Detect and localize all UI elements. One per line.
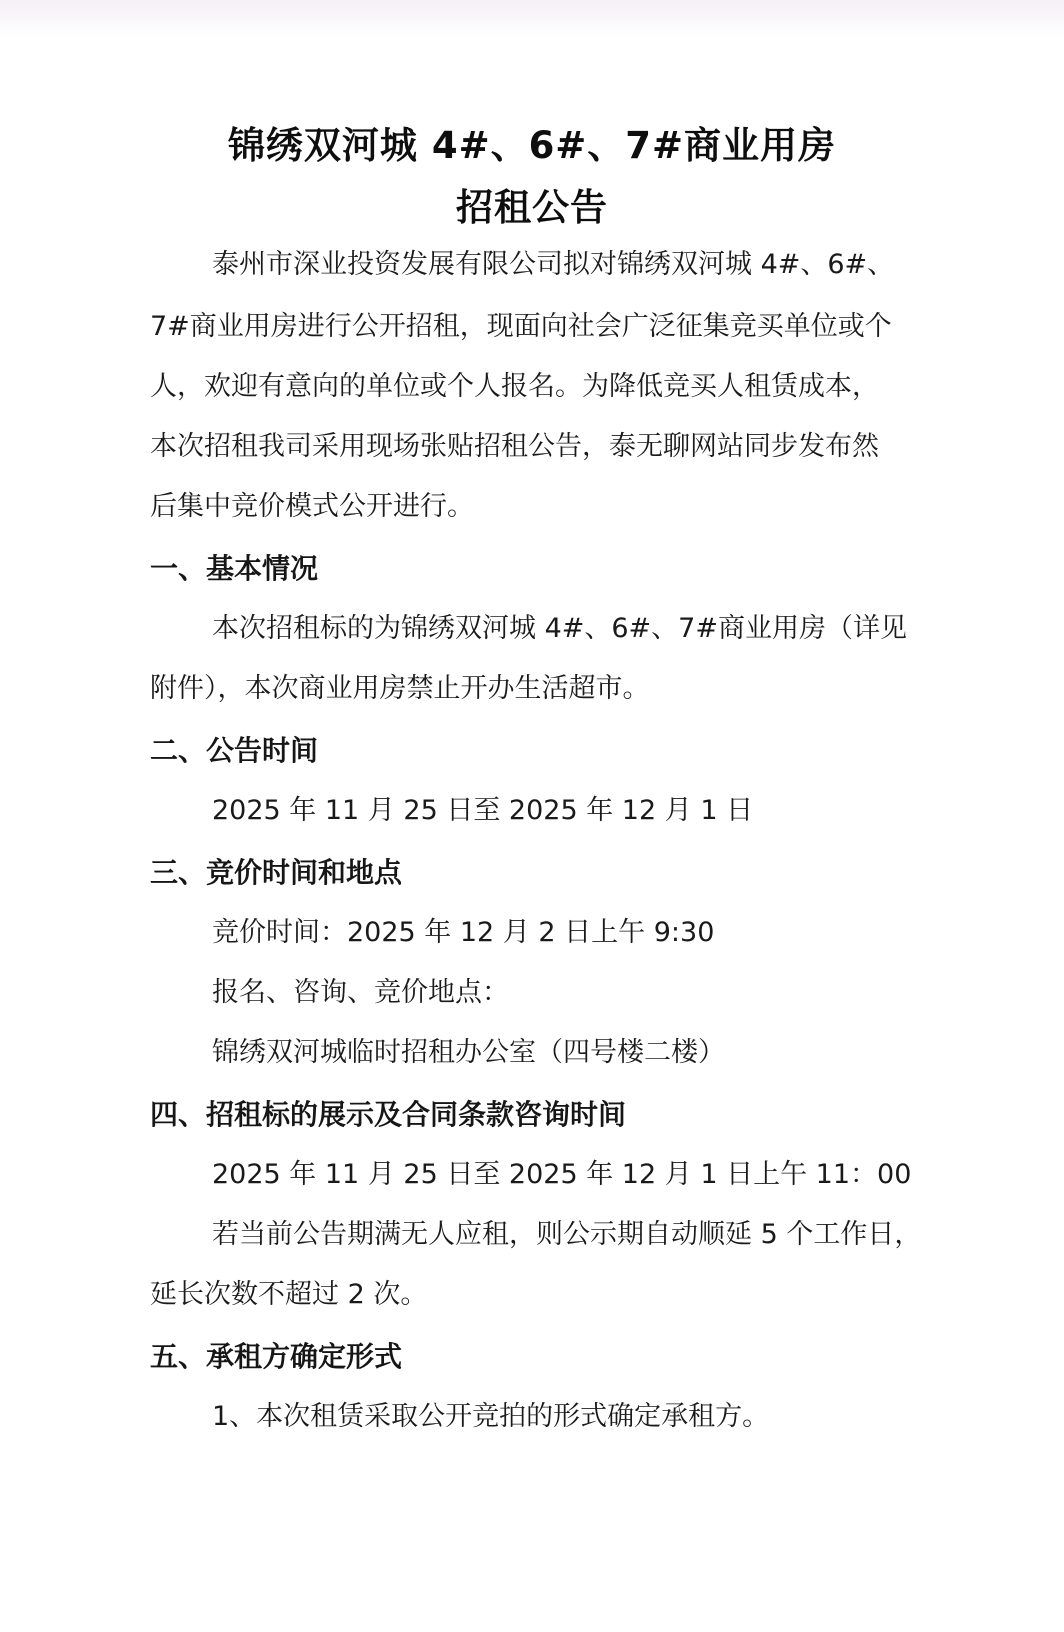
- section-line: 锦绣双河城临时招租办公室（四号楼二楼）: [212, 1036, 725, 1070]
- intro-line: 7#商业用房进行公开招租，现面向社会广泛征集竞买单位或个: [150, 310, 892, 344]
- section-line: 报名、咨询、竞价地点：: [212, 976, 509, 1010]
- section-line: 本次招租标的为锦绣双河城 4#、6#、7#商业用房（详见: [212, 612, 907, 646]
- section-line: 附件），本次商业用房禁止开办生活超市。: [150, 672, 650, 706]
- section-heading-viewing-consultation: 四、招租标的展示及合同条款咨询时间: [150, 1098, 626, 1132]
- section-line: 1、本次租赁采取公开竞拍的形式确定承租方。: [212, 1400, 769, 1434]
- intro-line: 后集中竞价模式公开进行。: [150, 490, 474, 524]
- section-heading-notice-period: 二、公告时间: [150, 734, 318, 768]
- section-heading-bidding-time-place: 三、竞价时间和地点: [150, 856, 402, 890]
- document-subtitle: 招租公告: [0, 186, 1064, 230]
- section-line: 竞价时间：2025 年 12 月 2 日上午 9:30: [212, 916, 714, 950]
- section-line: 若当前公告期满无人应租，则公示期自动顺延 5 个工作日，: [212, 1218, 921, 1252]
- intro-line: 人，欢迎有意向的单位或个人报名。为降低竞买人租赁成本，: [150, 370, 879, 404]
- section-heading-basic-info: 一、基本情况: [150, 552, 318, 586]
- section-line: 2025 年 11 月 25 日至 2025 年 12 月 1 日: [212, 794, 753, 828]
- document-title: 锦绣双河城 4#、6#、7#商业用房: [0, 124, 1064, 168]
- announcement-page: 锦绣双河城 4#、6#、7#商业用房 招租公告 泰州市深业投资发展有限公司拟对锦…: [0, 0, 1064, 1632]
- section-heading-lessee-determination: 五、承租方确定形式: [150, 1340, 402, 1374]
- section-line: 2025 年 11 月 25 日至 2025 年 12 月 1 日上午 11：0…: [212, 1158, 911, 1192]
- intro-line: 本次招租我司采用现场张贴招租公告，泰无聊网站同步发布然: [150, 430, 879, 464]
- intro-line: 泰州市深业投资发展有限公司拟对锦绣双河城 4#、6#、: [212, 248, 894, 282]
- section-line: 延长次数不超过 2 次。: [150, 1278, 427, 1312]
